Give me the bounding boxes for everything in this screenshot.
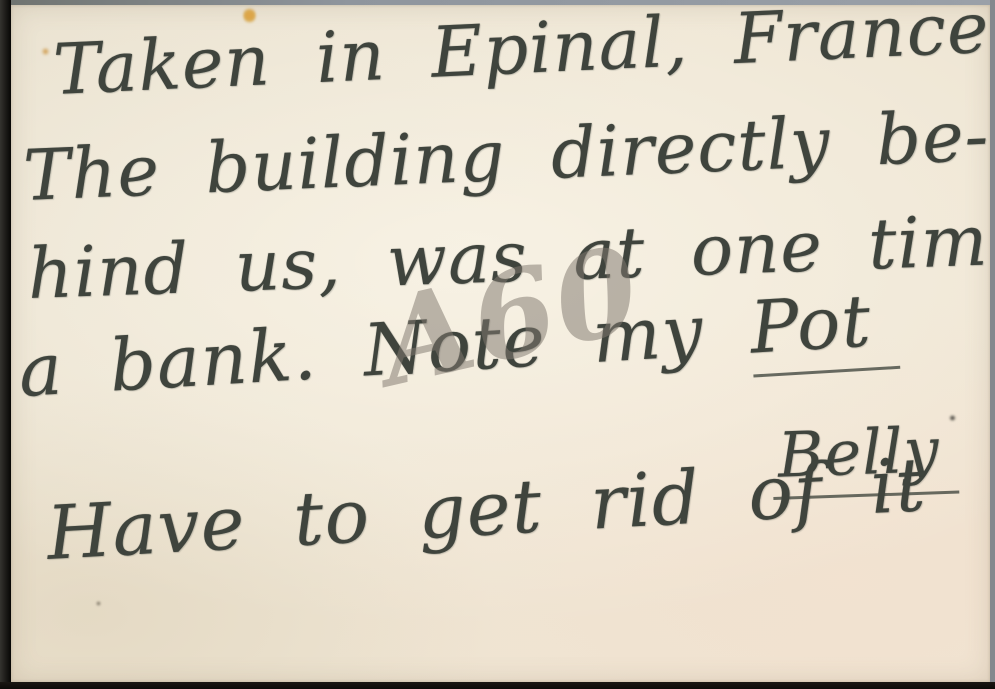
handwriting-line-1: Taken in Epinal, France <box>52 5 990 105</box>
scan-edge-bottom <box>0 682 995 689</box>
scan-edge-left <box>0 0 11 689</box>
paper-speck <box>96 601 101 606</box>
scan-edge-right <box>990 0 995 689</box>
handwriting-line-6: Have to get rid of it <box>45 448 928 571</box>
paper-stain-left <box>41 47 50 56</box>
scanned-photo-back: Taken in Epinal, France The building dir… <box>0 0 995 689</box>
scan-edge-top <box>0 0 995 5</box>
photo-back-card: Taken in Epinal, France The building dir… <box>11 5 990 682</box>
handwriting-line-2: The building directly be- <box>22 101 990 211</box>
handwriting-line-4-underlined-word: Pot <box>748 277 900 378</box>
